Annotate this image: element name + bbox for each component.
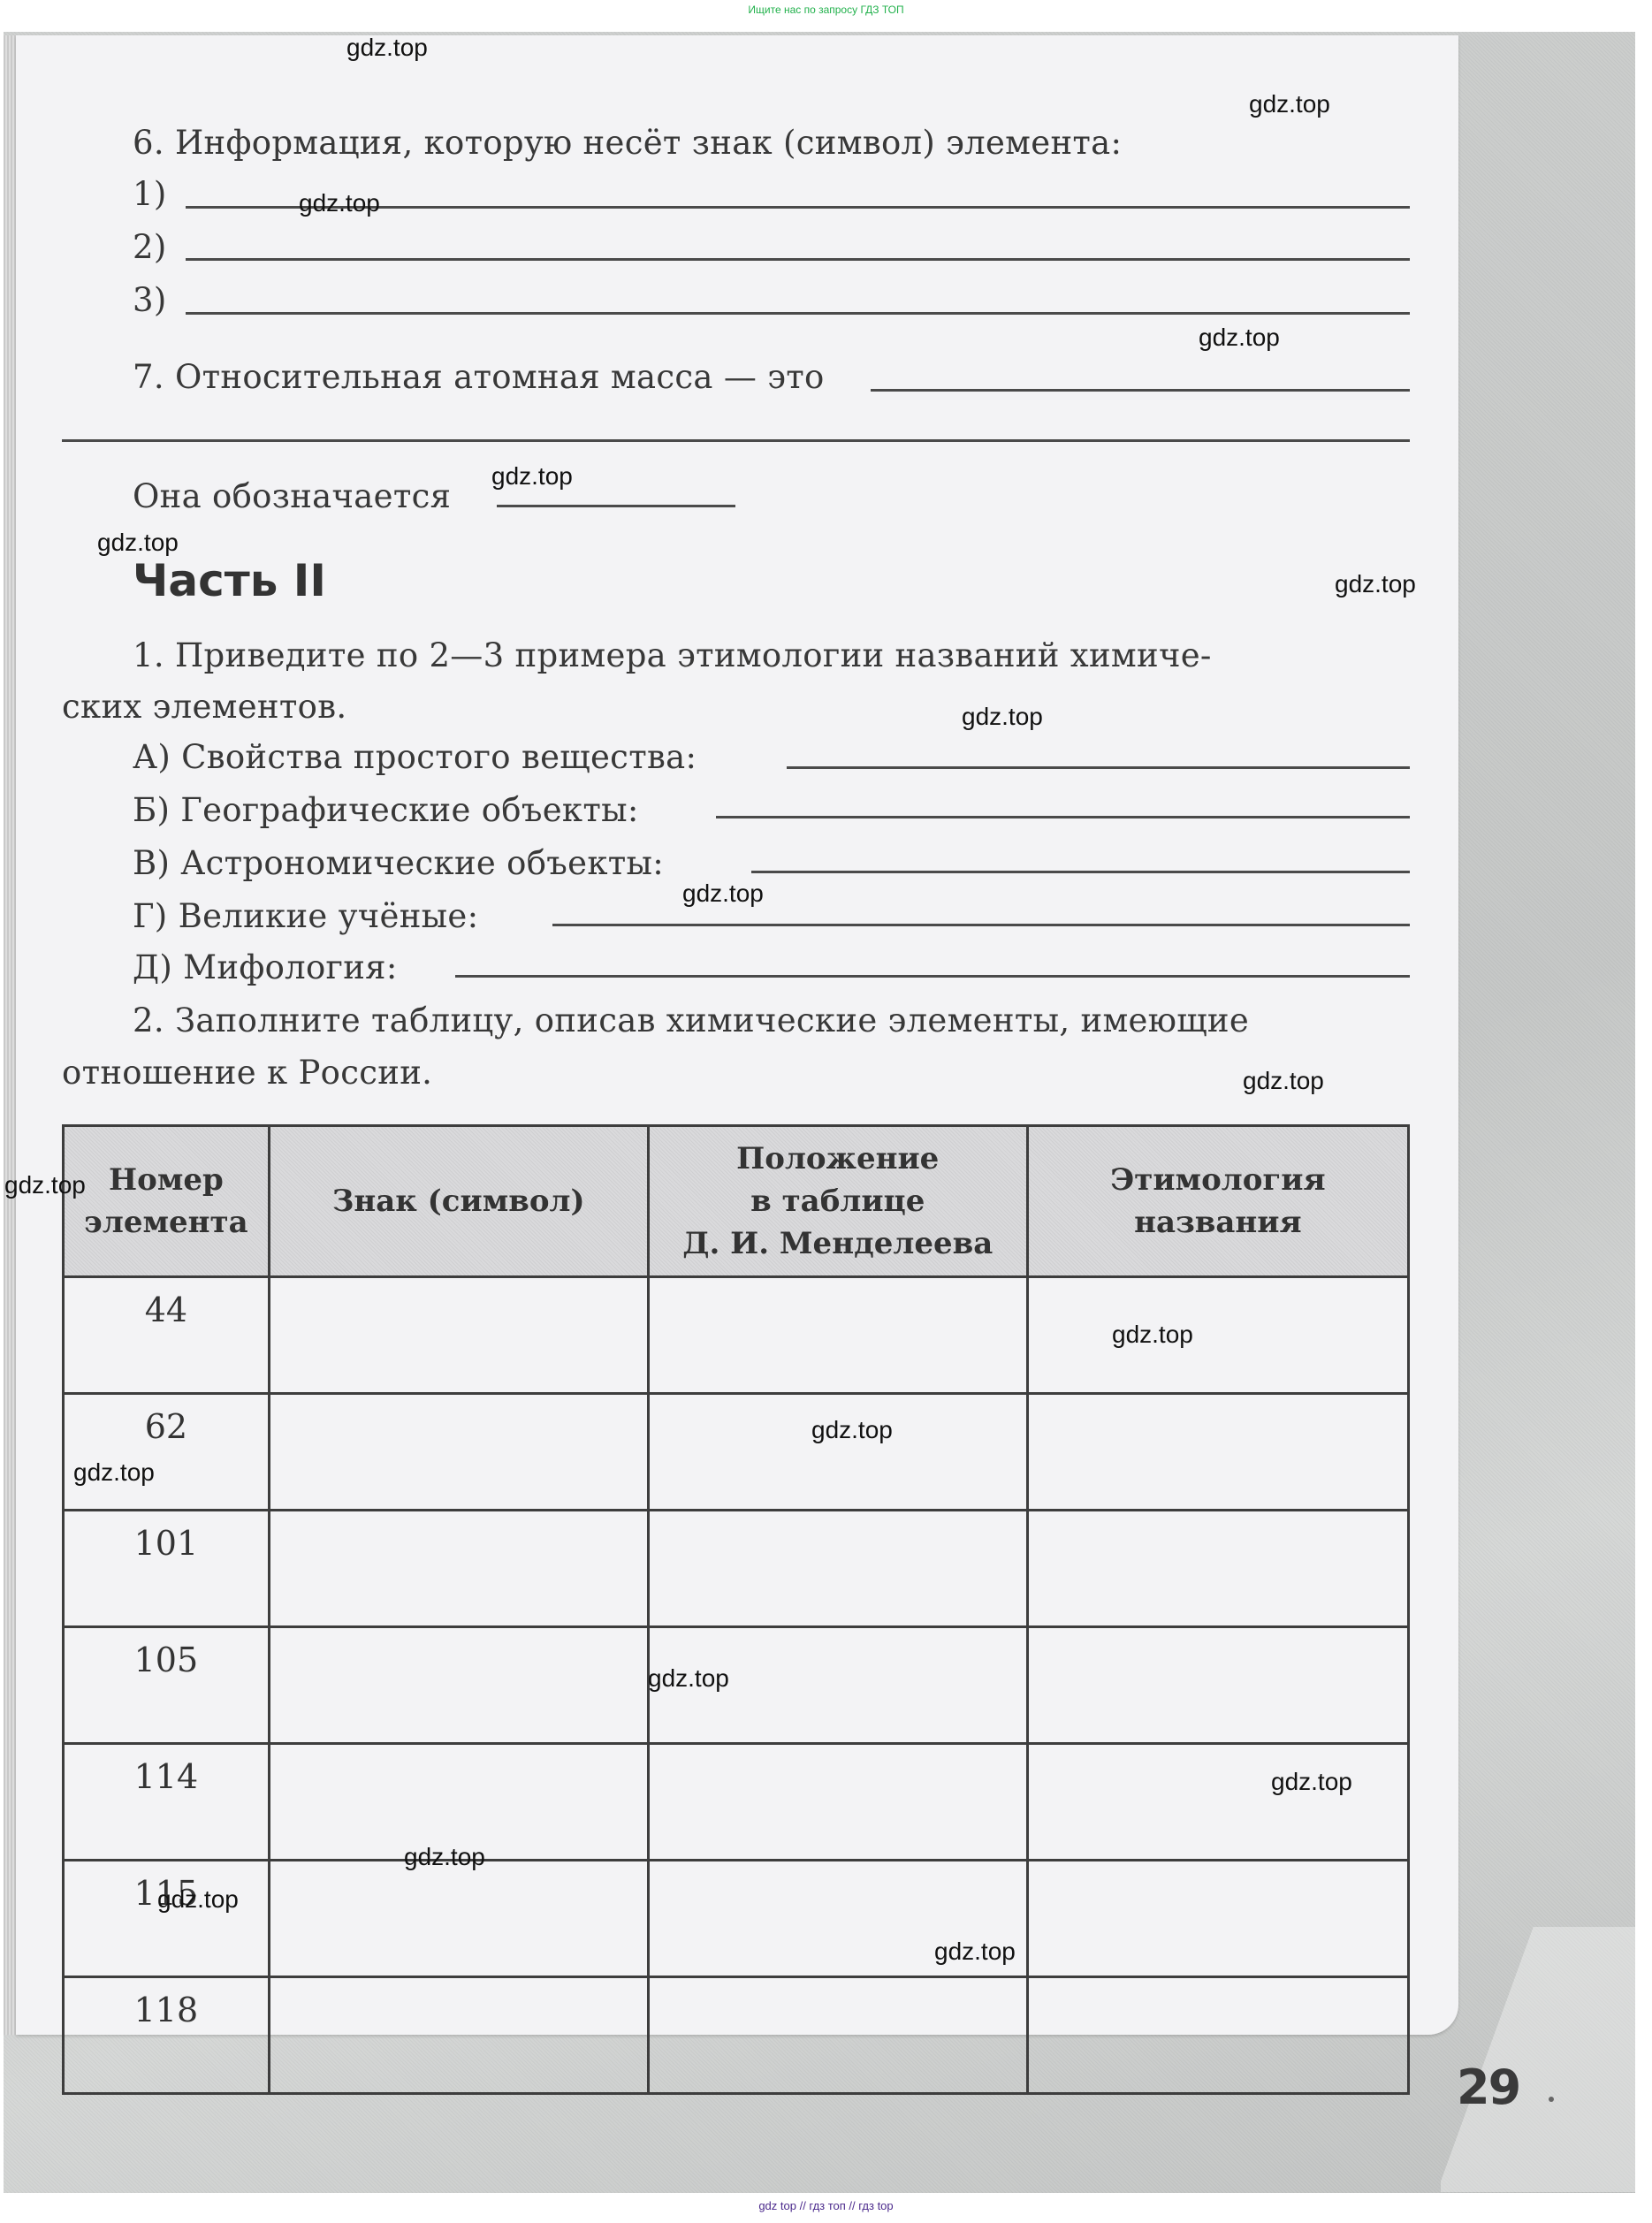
table-row: 62 xyxy=(64,1394,1409,1511)
position-cell[interactable] xyxy=(648,1394,1027,1511)
q7-denoted-text: Она обозначается xyxy=(133,477,451,515)
header-position-text: Положениев таблицеД. И. Менделеева xyxy=(682,1141,993,1261)
q7-answer-line-2[interactable] xyxy=(62,439,1410,442)
etymology-cell[interactable] xyxy=(1027,1277,1408,1394)
bottom-banner: gdz top // гдз топ // гдз top xyxy=(0,2199,1652,2212)
etymology-cell[interactable] xyxy=(1027,1977,1408,2094)
page-number: 29 xyxy=(1457,2059,1519,2115)
position-cell[interactable] xyxy=(648,1744,1027,1861)
watermark: gdz.top xyxy=(934,1938,1016,1966)
element-number-cell: 105 xyxy=(64,1627,270,1744)
decorative-dot xyxy=(1549,2097,1554,2102)
q2-text-line2: отношение к России. xyxy=(62,1054,432,1092)
symbol-cell[interactable] xyxy=(269,1511,648,1627)
watermark: gdz.top xyxy=(404,1843,485,1871)
q1-answer-line-g[interactable] xyxy=(552,924,1410,926)
q2-text-line1: 2. Заполните таблицу, описав химические … xyxy=(133,1001,1249,1039)
etymology-cell[interactable] xyxy=(1027,1511,1408,1627)
etymology-cell[interactable] xyxy=(1027,1627,1408,1744)
q1-item-d: Д) Мифология: xyxy=(133,948,398,986)
watermark: gdz.top xyxy=(97,529,179,557)
element-number-cell: 62 xyxy=(64,1394,270,1511)
q6-text: 6. Информация, которую несёт знак (симво… xyxy=(133,124,1122,162)
header-symbol-text: Знак (символ) xyxy=(332,1184,585,1219)
watermark: gdz.top xyxy=(73,1458,155,1487)
q1-item-a: А) Свойства простого вещества: xyxy=(133,738,697,776)
watermark: gdz.top xyxy=(962,703,1043,731)
q7-symbol-line[interactable] xyxy=(497,505,735,507)
q1-item-b: Б) Географические объекты: xyxy=(133,791,639,829)
table-row: 101 xyxy=(64,1511,1409,1627)
etymology-cell[interactable] xyxy=(1027,1744,1408,1861)
position-cell[interactable] xyxy=(648,1977,1027,2094)
etymology-cell[interactable] xyxy=(1027,1861,1408,1977)
part2-heading: Часть II xyxy=(133,555,326,606)
table-row: 105 xyxy=(64,1627,1409,1744)
top-banner: Ищите нас по запросу ГДЗ ТОП xyxy=(0,4,1652,16)
header-symbol: Знак (символ) xyxy=(269,1126,648,1277)
watermark: gdz.top xyxy=(648,1664,729,1693)
page-edge xyxy=(4,35,16,2035)
q6-answer-line-2[interactable] xyxy=(186,258,1410,261)
element-number-cell: 44 xyxy=(64,1277,270,1394)
q1-answer-line-v[interactable] xyxy=(751,871,1410,873)
table-row: 114 xyxy=(64,1744,1409,1861)
symbol-cell[interactable] xyxy=(269,1394,648,1511)
q6-item-2-label: 2) xyxy=(133,228,167,266)
q1-answer-line-d[interactable] xyxy=(455,975,1410,978)
watermark: gdz.top xyxy=(299,189,380,217)
watermark: gdz.top xyxy=(1112,1321,1193,1349)
q1-item-v: В) Астрономические объекты: xyxy=(133,844,664,882)
watermark: gdz.top xyxy=(346,34,428,62)
watermark: gdz.top xyxy=(811,1416,893,1444)
q1-text-line1: 1. Приведите по 2—3 примера этимологии н… xyxy=(133,636,1212,674)
symbol-cell[interactable] xyxy=(269,1861,648,1977)
watermark: gdz.top xyxy=(1199,324,1280,352)
table-header-row: Номерэлемента Знак (символ) Положениев т… xyxy=(64,1126,1409,1277)
watermark: gdz.top xyxy=(491,462,573,491)
header-etymology-text: Этимологияназвания xyxy=(1110,1162,1325,1240)
table-row: 115 xyxy=(64,1861,1409,1977)
watermark: gdz.top xyxy=(4,1171,86,1199)
element-number-cell: 115 xyxy=(64,1861,270,1977)
q6-item-1-label: 1) xyxy=(133,175,167,213)
header-element-number-text: Номерэлемента xyxy=(84,1162,247,1240)
elements-table: Номерэлемента Знак (символ) Положениев т… xyxy=(62,1124,1410,2095)
q1-answer-line-b[interactable] xyxy=(716,816,1410,818)
q1-item-g: Г) Великие учёные: xyxy=(133,897,478,935)
position-cell[interactable] xyxy=(648,1511,1027,1627)
watermark: gdz.top xyxy=(1249,90,1330,118)
etymology-cell[interactable] xyxy=(1027,1394,1408,1511)
symbol-cell[interactable] xyxy=(269,1627,648,1744)
watermark: gdz.top xyxy=(1335,570,1416,598)
element-number-cell: 118 xyxy=(64,1977,270,2094)
header-position: Положениев таблицеД. И. Менделеева xyxy=(648,1126,1027,1277)
watermark: gdz.top xyxy=(157,1885,239,1914)
header-etymology: Этимологияназвания xyxy=(1027,1126,1408,1277)
q6-item-3-label: 3) xyxy=(133,281,167,319)
element-number-cell: 101 xyxy=(64,1511,270,1627)
watermark: gdz.top xyxy=(1271,1768,1352,1796)
q7-text: 7. Относительная атомная масса — это xyxy=(133,358,825,396)
table-row: 118 xyxy=(64,1977,1409,2094)
q6-answer-line-3[interactable] xyxy=(186,312,1410,315)
watermark: gdz.top xyxy=(682,879,764,908)
watermark: gdz.top xyxy=(1243,1067,1324,1095)
symbol-cell[interactable] xyxy=(269,1277,648,1394)
table-row: 44 xyxy=(64,1277,1409,1394)
header-element-number: Номерэлемента xyxy=(64,1126,270,1277)
q7-answer-line-1[interactable] xyxy=(871,389,1410,392)
q1-text-line2: ских элементов. xyxy=(62,688,346,726)
q1-answer-line-a[interactable] xyxy=(787,766,1410,769)
symbol-cell[interactable] xyxy=(269,1977,648,2094)
element-number-cell: 114 xyxy=(64,1744,270,1861)
position-cell[interactable] xyxy=(648,1277,1027,1394)
